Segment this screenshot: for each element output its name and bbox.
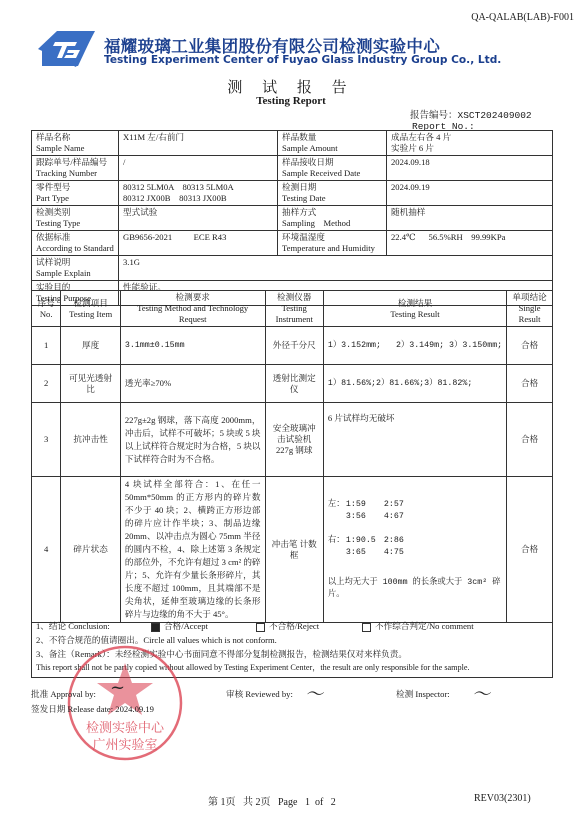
row-conclusion: 合格: [507, 477, 553, 623]
results-table: 序号No. 检测项目Testing Item 检测要求Testing Metho…: [31, 290, 553, 623]
row-item: 可见光透射比: [61, 365, 121, 403]
row-request: 透光率≥70%: [120, 365, 265, 403]
value-testing-date: 2024.09.19: [387, 181, 553, 206]
value-part-type: 80312 5LM0A 80313 5LM0A80312 JX00B 80313…: [119, 181, 278, 206]
value-sample-explain: 3.1G: [119, 256, 553, 281]
row-item: 抗冲击性: [61, 403, 121, 477]
value-sample-name: X11M 左/右前门: [119, 131, 278, 156]
value-sampling-method: 随机抽样: [387, 206, 553, 231]
value-received-date: 2024.09.18: [387, 156, 553, 181]
row-request: 227g±2g 钢球，落下高度 2000mm，冲击后，试样不可破坏；5 块或 5…: [120, 403, 265, 477]
label-received-date: 样品接收日期Sample Received Date: [278, 156, 387, 181]
row-result: 1）3.152mm; 2）3.149m; 3）3.150mm;: [323, 327, 506, 365]
row-item: 厚度: [61, 327, 121, 365]
row-no: 1: [32, 327, 61, 365]
header-conclusion: 单项结论Single Result: [507, 291, 553, 327]
label-part-type: 零件型号Part Type: [32, 181, 119, 206]
header-instrument: 检测仪器Testing Instrument: [265, 291, 323, 327]
row-conclusion: 合格: [507, 327, 553, 365]
label-environment: 环境温湿度Temperature and Humidity: [278, 231, 387, 256]
row-instrument: 冲击笔 计数框: [265, 477, 323, 623]
label-tracking-number: 跟踪单号/样品编号Tracking Number: [32, 156, 119, 181]
row-instrument: 安全玻璃冲击试验机 227g 钢球: [265, 403, 323, 477]
row-item: 碎片状态: [61, 477, 121, 623]
row-request: 4 块试样全部符合：1、在任一 50mm*50mm 的正方形内的碎片数不少于 4…: [120, 477, 265, 623]
label-sample-name: 样品名称Sample Name: [32, 131, 119, 156]
table-row: 1 厚度 3.1mm±0.15mm 外径千分尺 1）3.152mm; 2）3.1…: [32, 327, 553, 365]
approval-label: 批准 Approval by:: [31, 688, 96, 700]
row-conclusion: 合格: [507, 403, 553, 477]
page-indicator: 第 1页 共 2页 Page 1 of 2: [208, 793, 336, 808]
report-no-label-cn: 报告编号：: [410, 110, 458, 121]
form-code: QA-QALAB(LAB)-F001: [471, 12, 574, 23]
unchecked-box-icon: [362, 623, 371, 632]
value-standard: GB9656-2021 ECE R43: [119, 231, 278, 256]
unchecked-box-icon: [256, 623, 265, 632]
fuyao-diamond-logo-icon: [38, 30, 96, 68]
release-date-row: 签发日期 Release date: 2024.09.19: [31, 703, 154, 715]
header-request: 检测要求Testing Method and Technology Reques…: [120, 291, 265, 327]
row-no: 3: [32, 403, 61, 477]
row-instrument: 外径千分尺: [265, 327, 323, 365]
inspector-label: 检测 Inspector:: [396, 688, 450, 700]
option-reject[interactable]: 不合格/Reject: [256, 619, 362, 633]
table-row: 3 抗冲击性 227g±2g 钢球，落下高度 2000mm，冲击后，试样不可破坏…: [32, 403, 553, 477]
release-date: 2024.09.19: [115, 704, 154, 714]
label-testing-type: 检测类别Testing Type: [32, 206, 119, 231]
reviewer-signature: 〜: [305, 680, 323, 706]
option-accept[interactable]: 合格/Accept: [151, 619, 256, 633]
value-testing-type: 型式试验: [119, 206, 278, 231]
option-no-comment[interactable]: 不作综合判定/No comment: [362, 619, 474, 633]
value-tracking-number: /: [119, 156, 278, 181]
sample-info-table: 样品名称Sample Name X11M 左/右前门 样品数量Sample Am…: [31, 130, 553, 306]
inspector-signature: 〜: [472, 680, 490, 706]
row-result: 1）81.56%;2）81.66%;3）81.82%;: [323, 365, 506, 403]
report-no-value: XSCT202409002: [458, 110, 532, 121]
report-number: 报告编号：XSCT202409002 Report No.:: [410, 110, 532, 132]
row-no: 2: [32, 365, 61, 403]
row-instrument: 透射比测定仪: [265, 365, 323, 403]
label-sample-amount: 样品数量Sample Amount: [278, 131, 387, 156]
value-sample-amount: 成品左右各 4 片实验片 6 片: [387, 131, 553, 156]
org-name-en: Testing Experiment Center of Fuyao Glass…: [104, 54, 501, 66]
table-row: 4 碎片状态 4 块试样全部符合：1、在任一 50mm*50mm 的正方形内的碎…: [32, 477, 553, 623]
svg-text:检测实验中心: 检测实验中心: [86, 720, 165, 736]
approval-signature: ~: [110, 677, 125, 698]
checked-box-icon: [151, 623, 160, 632]
label-sample-explain: 试样说明Sample Explain: [32, 256, 119, 281]
report-title-cn: 测 试 报 告: [0, 76, 582, 97]
reviewed-label: 审核 Reviewed by:: [226, 688, 293, 700]
svg-text:广州实验室: 广州实验室: [92, 738, 157, 753]
row-no: 4: [32, 477, 61, 623]
revision-code: REV03(2301): [474, 793, 531, 804]
label-standard: 依据标准According to Standard: [32, 231, 119, 256]
row-request: 3.1mm±0.15mm: [120, 327, 265, 365]
row-result: 左：1:592:57 3:564:67 右：1:90.52:86 3:654:7…: [323, 477, 506, 623]
row-conclusion: 合格: [507, 365, 553, 403]
value-environment: 22.4℃ 56.5%RH 99.99KPa: [387, 231, 553, 256]
conclusion-label: 1、结论 Conclusion:: [36, 619, 151, 633]
header-no: 序号No.: [32, 291, 61, 327]
table-row: 2 可见光透射比 透光率≥70% 透射比测定仪 1）81.56%;2）81.66…: [32, 365, 553, 403]
label-sampling-method: 抽样方式Sampling Method: [278, 206, 387, 231]
row-result: 6 片试样均无破坏: [323, 403, 506, 477]
report-title-en: Testing Report: [0, 95, 582, 107]
header-result: 检测结果Testing Result: [323, 291, 506, 327]
label-testing-date: 检测日期Testing Date: [278, 181, 387, 206]
header-item: 检测项目Testing Item: [61, 291, 121, 327]
